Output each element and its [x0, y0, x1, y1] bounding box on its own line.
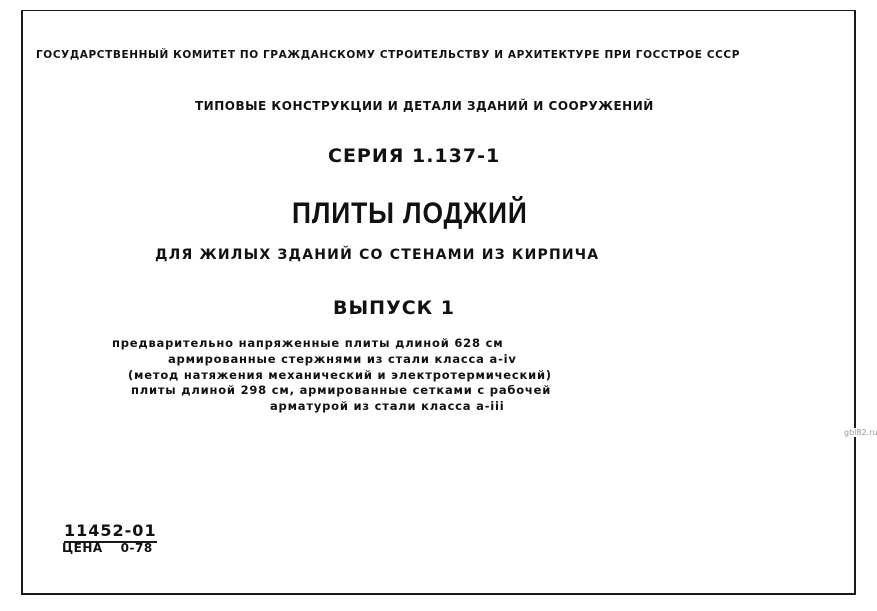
series-number: Серия 1.137-1	[328, 145, 548, 167]
watermark: gbl82.ru	[843, 428, 877, 437]
description-line: плиты длиной 298 см, армированные сеткам…	[131, 383, 551, 397]
description-line: арматурой из стали класса А-III	[270, 399, 505, 413]
document-code: 11452-01	[64, 521, 157, 543]
subtitle: Типовые конструкции и детали зданий и со…	[195, 99, 665, 113]
price-label: ЦЕНА	[62, 541, 103, 555]
description-line: армированные стержнями из стали класса А…	[168, 352, 517, 366]
price-value: 0-78	[121, 541, 153, 555]
description-line: (метод натяжения механический и электрот…	[128, 368, 552, 382]
issue-number: Выпуск 1	[333, 297, 493, 319]
document-title: Плиты лоджий	[292, 197, 538, 231]
purpose-line: Для жилых зданий со стенами из кирпича	[155, 247, 665, 263]
committee-header: Государственный комитет по гражданскому …	[36, 49, 806, 61]
description-line: предварительно напряженные плиты длиной …	[112, 336, 503, 350]
price: ЦЕНА0-78	[62, 541, 153, 555]
